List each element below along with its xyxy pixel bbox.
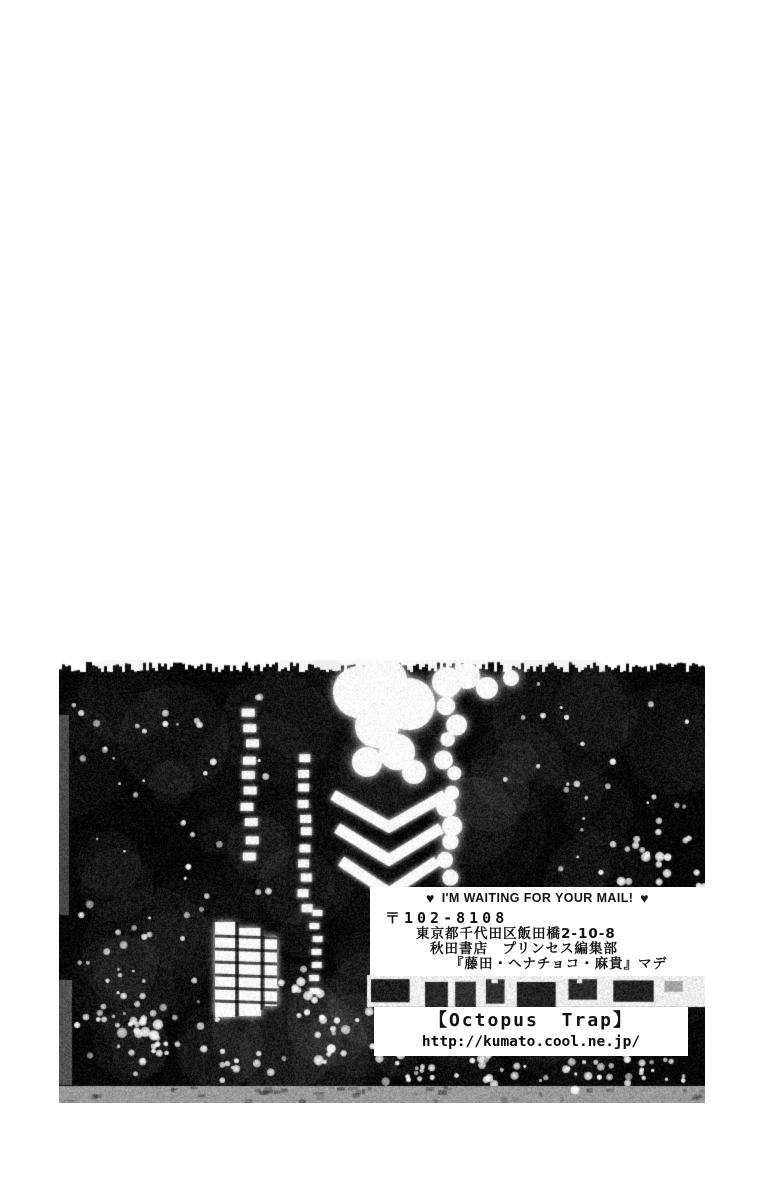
site-title: 【Octopus Trap】 (374, 1010, 688, 1031)
waiting-text: I'M WAITING FOR YOUR MAIL! (442, 891, 634, 905)
postal-code: 〒102-8108 (370, 910, 705, 927)
address-line-1: 東京都千代田区飯田橋2-10-8 (370, 927, 705, 942)
address-line-2: 秋田書店 プリンセス編集部 (370, 942, 705, 957)
site-info-box: 【Octopus Trap】 http://kumato.cool.ne.jp/ (374, 1007, 688, 1056)
scanned-page: { "page": { "background": "#ffffff" }, "… (0, 0, 767, 1200)
heart-icon: ♥ (633, 890, 656, 906)
manga-back-page: ♥I'M WAITING FOR YOUR MAIL!♥ 〒102-8108 東… (0, 0, 767, 1200)
site-url: http://kumato.cool.ne.jp/ (374, 1033, 688, 1051)
address-line-3: 『藤田・ヘナチョコ・麻貴』マデ (370, 957, 705, 972)
heart-icon: ♥ (419, 890, 442, 906)
waiting-message: ♥I'M WAITING FOR YOUR MAIL!♥ (370, 891, 705, 906)
night-city-photo: ♥I'M WAITING FOR YOUR MAIL!♥ 〒102-8108 東… (59, 660, 705, 1103)
mail-address-box: ♥I'M WAITING FOR YOUR MAIL!♥ 〒102-8108 東… (370, 887, 705, 976)
